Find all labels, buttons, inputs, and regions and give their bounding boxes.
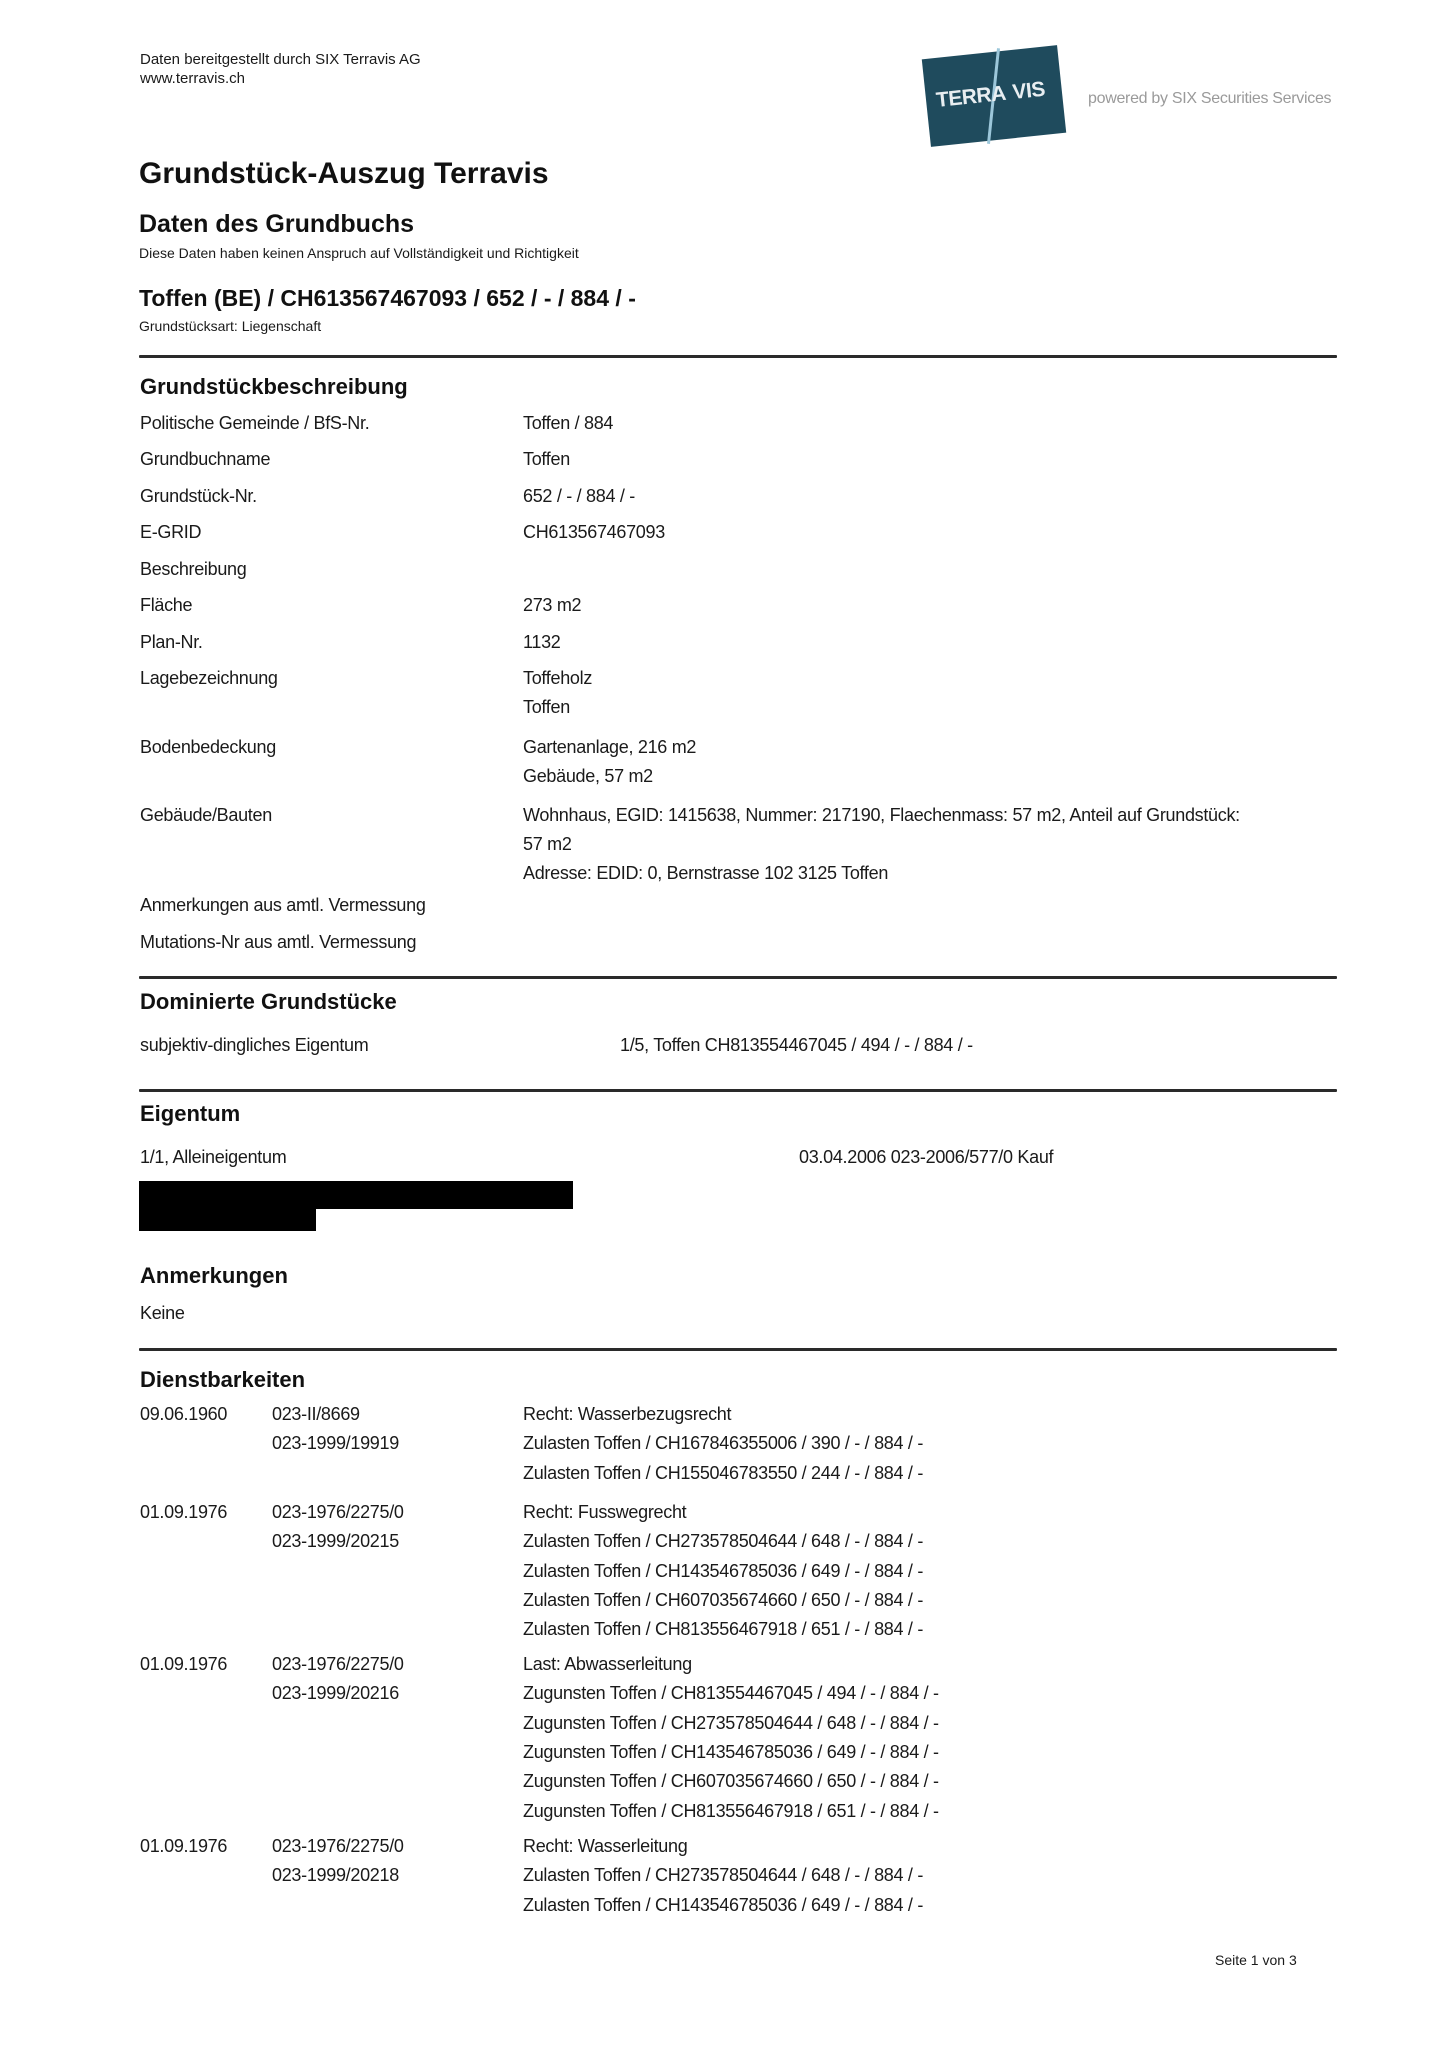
description-label: Plan-Nr. — [140, 632, 203, 653]
servitude-type: Recht: Fusswegrecht — [523, 1502, 686, 1523]
description-value: Gebäude, 57 m2 — [523, 766, 653, 787]
servitude-parcel: Zugunsten Toffen / CH813556467918 / 651 … — [523, 1801, 939, 1822]
description-label: Mutations-Nr aus amtl. Vermessung — [140, 932, 416, 953]
description-label: Bodenbedeckung — [140, 737, 276, 758]
divider — [139, 976, 1337, 979]
terravis-logo: TERRAVIS — [922, 45, 1066, 147]
annotations-value: Keine — [140, 1303, 185, 1324]
description-label: Politische Gemeinde / BfS-Nr. — [140, 413, 369, 434]
parcel-heading: Toffen (BE) / CH613567467093 / 652 / - /… — [139, 285, 636, 312]
servitude-parcel: Zulasten Toffen / CH607035674660 / 650 /… — [523, 1590, 923, 1611]
servitude-date: 01.09.1976 — [140, 1836, 227, 1857]
servitude-parcel: Zulasten Toffen / CH273578504644 / 648 /… — [523, 1531, 923, 1552]
description-label: Anmerkungen aus amtl. Vermessung — [140, 895, 426, 916]
divider — [139, 1348, 1337, 1351]
servitude-parcel: Zugunsten Toffen / CH813554467045 / 494 … — [523, 1683, 939, 1704]
powered-by: powered by SIX Securities Services — [1088, 90, 1331, 108]
dominated-value: 1/5, Toffen CH813554467045 / 494 / - / 8… — [620, 1035, 973, 1056]
ownership-entry: 03.04.2006 023-2006/577/0 Kauf — [799, 1147, 1053, 1168]
description-value: 273 m2 — [523, 595, 581, 616]
section-title-annotations: Anmerkungen — [140, 1263, 288, 1289]
description-label: Gebäude/Bauten — [140, 805, 272, 826]
servitude-type: Recht: Wasserleitung — [523, 1836, 687, 1857]
servitude-parcel: Zugunsten Toffen / CH273578504644 / 648 … — [523, 1713, 939, 1734]
page-number: Seite 1 von 3 — [1215, 1952, 1297, 1968]
section-title-ownership: Eigentum — [140, 1101, 240, 1127]
servitude-parcel: Zulasten Toffen / CH143546785036 / 649 /… — [523, 1895, 923, 1916]
servitude-reference: 023-1999/19919 — [272, 1433, 399, 1454]
provider-url: www.terravis.ch — [140, 69, 421, 88]
description-label: Beschreibung — [140, 559, 246, 580]
disclaimer: Diese Daten haben keinen Anspruch auf Vo… — [139, 245, 579, 261]
description-value: Toffen — [523, 449, 570, 470]
provider-info: Daten bereitgestellt durch SIX Terravis … — [140, 50, 421, 88]
servitude-date: 01.09.1976 — [140, 1502, 227, 1523]
servitude-reference: 023-II/8669 — [272, 1404, 360, 1425]
dominated-label: subjektiv-dingliches Eigentum — [140, 1035, 368, 1056]
servitude-parcel: Zugunsten Toffen / CH607035674660 / 650 … — [523, 1771, 939, 1792]
servitude-reference: 023-1999/20215 — [272, 1531, 399, 1552]
section-title-servitudes: Dienstbarkeiten — [140, 1367, 305, 1393]
servitude-date: 09.06.1960 — [140, 1404, 227, 1425]
provider-name: Daten bereitgestellt durch SIX Terravis … — [140, 50, 421, 69]
parcel-type: Grundstücksart: Liegenschaft — [139, 318, 321, 334]
servitude-parcel: Zulasten Toffen / CH155046783550 / 244 /… — [523, 1463, 923, 1484]
redacted-owner-detail — [139, 1208, 316, 1231]
servitude-parcel: Zulasten Toffen / CH167846355006 / 390 /… — [523, 1433, 923, 1454]
description-value: Toffen — [523, 697, 570, 718]
servitude-reference: 023-1976/2275/0 — [272, 1502, 404, 1523]
document-subtitle: Daten des Grundbuchs — [139, 210, 414, 239]
section-title-dominated: Dominierte Grundstücke — [140, 989, 397, 1015]
description-value: Gartenanlage, 216 m2 — [523, 737, 696, 758]
description-value: 652 / - / 884 / - — [523, 486, 635, 507]
description-value: CH613567467093 — [523, 522, 665, 543]
description-value: 57 m2 — [523, 834, 572, 855]
divider — [139, 1089, 1337, 1092]
servitude-type: Last: Abwasserleitung — [523, 1654, 692, 1675]
description-value: Toffeholz — [523, 668, 592, 689]
redacted-owner-name — [139, 1181, 573, 1209]
servitude-date: 01.09.1976 — [140, 1654, 227, 1675]
section-title-description: Grundstückbeschreibung — [140, 374, 408, 400]
description-label: Lagebezeichnung — [140, 668, 278, 689]
description-label: E-GRID — [140, 522, 201, 543]
description-value: Wohnhaus, EGID: 1415638, Nummer: 217190,… — [523, 805, 1240, 826]
description-value: 1132 — [523, 632, 561, 653]
servitude-type: Recht: Wasserbezugsrecht — [523, 1404, 731, 1425]
ownership-type: 1/1, Alleineigentum — [140, 1147, 286, 1168]
servitude-reference: 023-1999/20218 — [272, 1865, 399, 1886]
servitude-reference: 023-1976/2275/0 — [272, 1654, 404, 1675]
servitude-parcel: Zulasten Toffen / CH143546785036 / 649 /… — [523, 1561, 923, 1582]
servitude-reference: 023-1999/20216 — [272, 1683, 399, 1704]
description-label: Grundbuchname — [140, 449, 270, 470]
servitude-parcel: Zulasten Toffen / CH813556467918 / 651 /… — [523, 1619, 923, 1640]
logo-text-right: VIS — [1011, 78, 1046, 105]
logo-text-left: TERRA — [935, 82, 1007, 113]
divider — [139, 355, 1337, 358]
description-value: Toffen / 884 — [523, 413, 613, 434]
description-label: Grundstück-Nr. — [140, 486, 257, 507]
description-label: Fläche — [140, 595, 192, 616]
description-value: Adresse: EDID: 0, Bernstrasse 102 3125 T… — [523, 863, 888, 884]
servitude-reference: 023-1976/2275/0 — [272, 1836, 404, 1857]
servitude-parcel: Zulasten Toffen / CH273578504644 / 648 /… — [523, 1865, 923, 1886]
document-title: Grundstück-Auszug Terravis — [139, 157, 549, 191]
servitude-parcel: Zugunsten Toffen / CH143546785036 / 649 … — [523, 1742, 939, 1763]
